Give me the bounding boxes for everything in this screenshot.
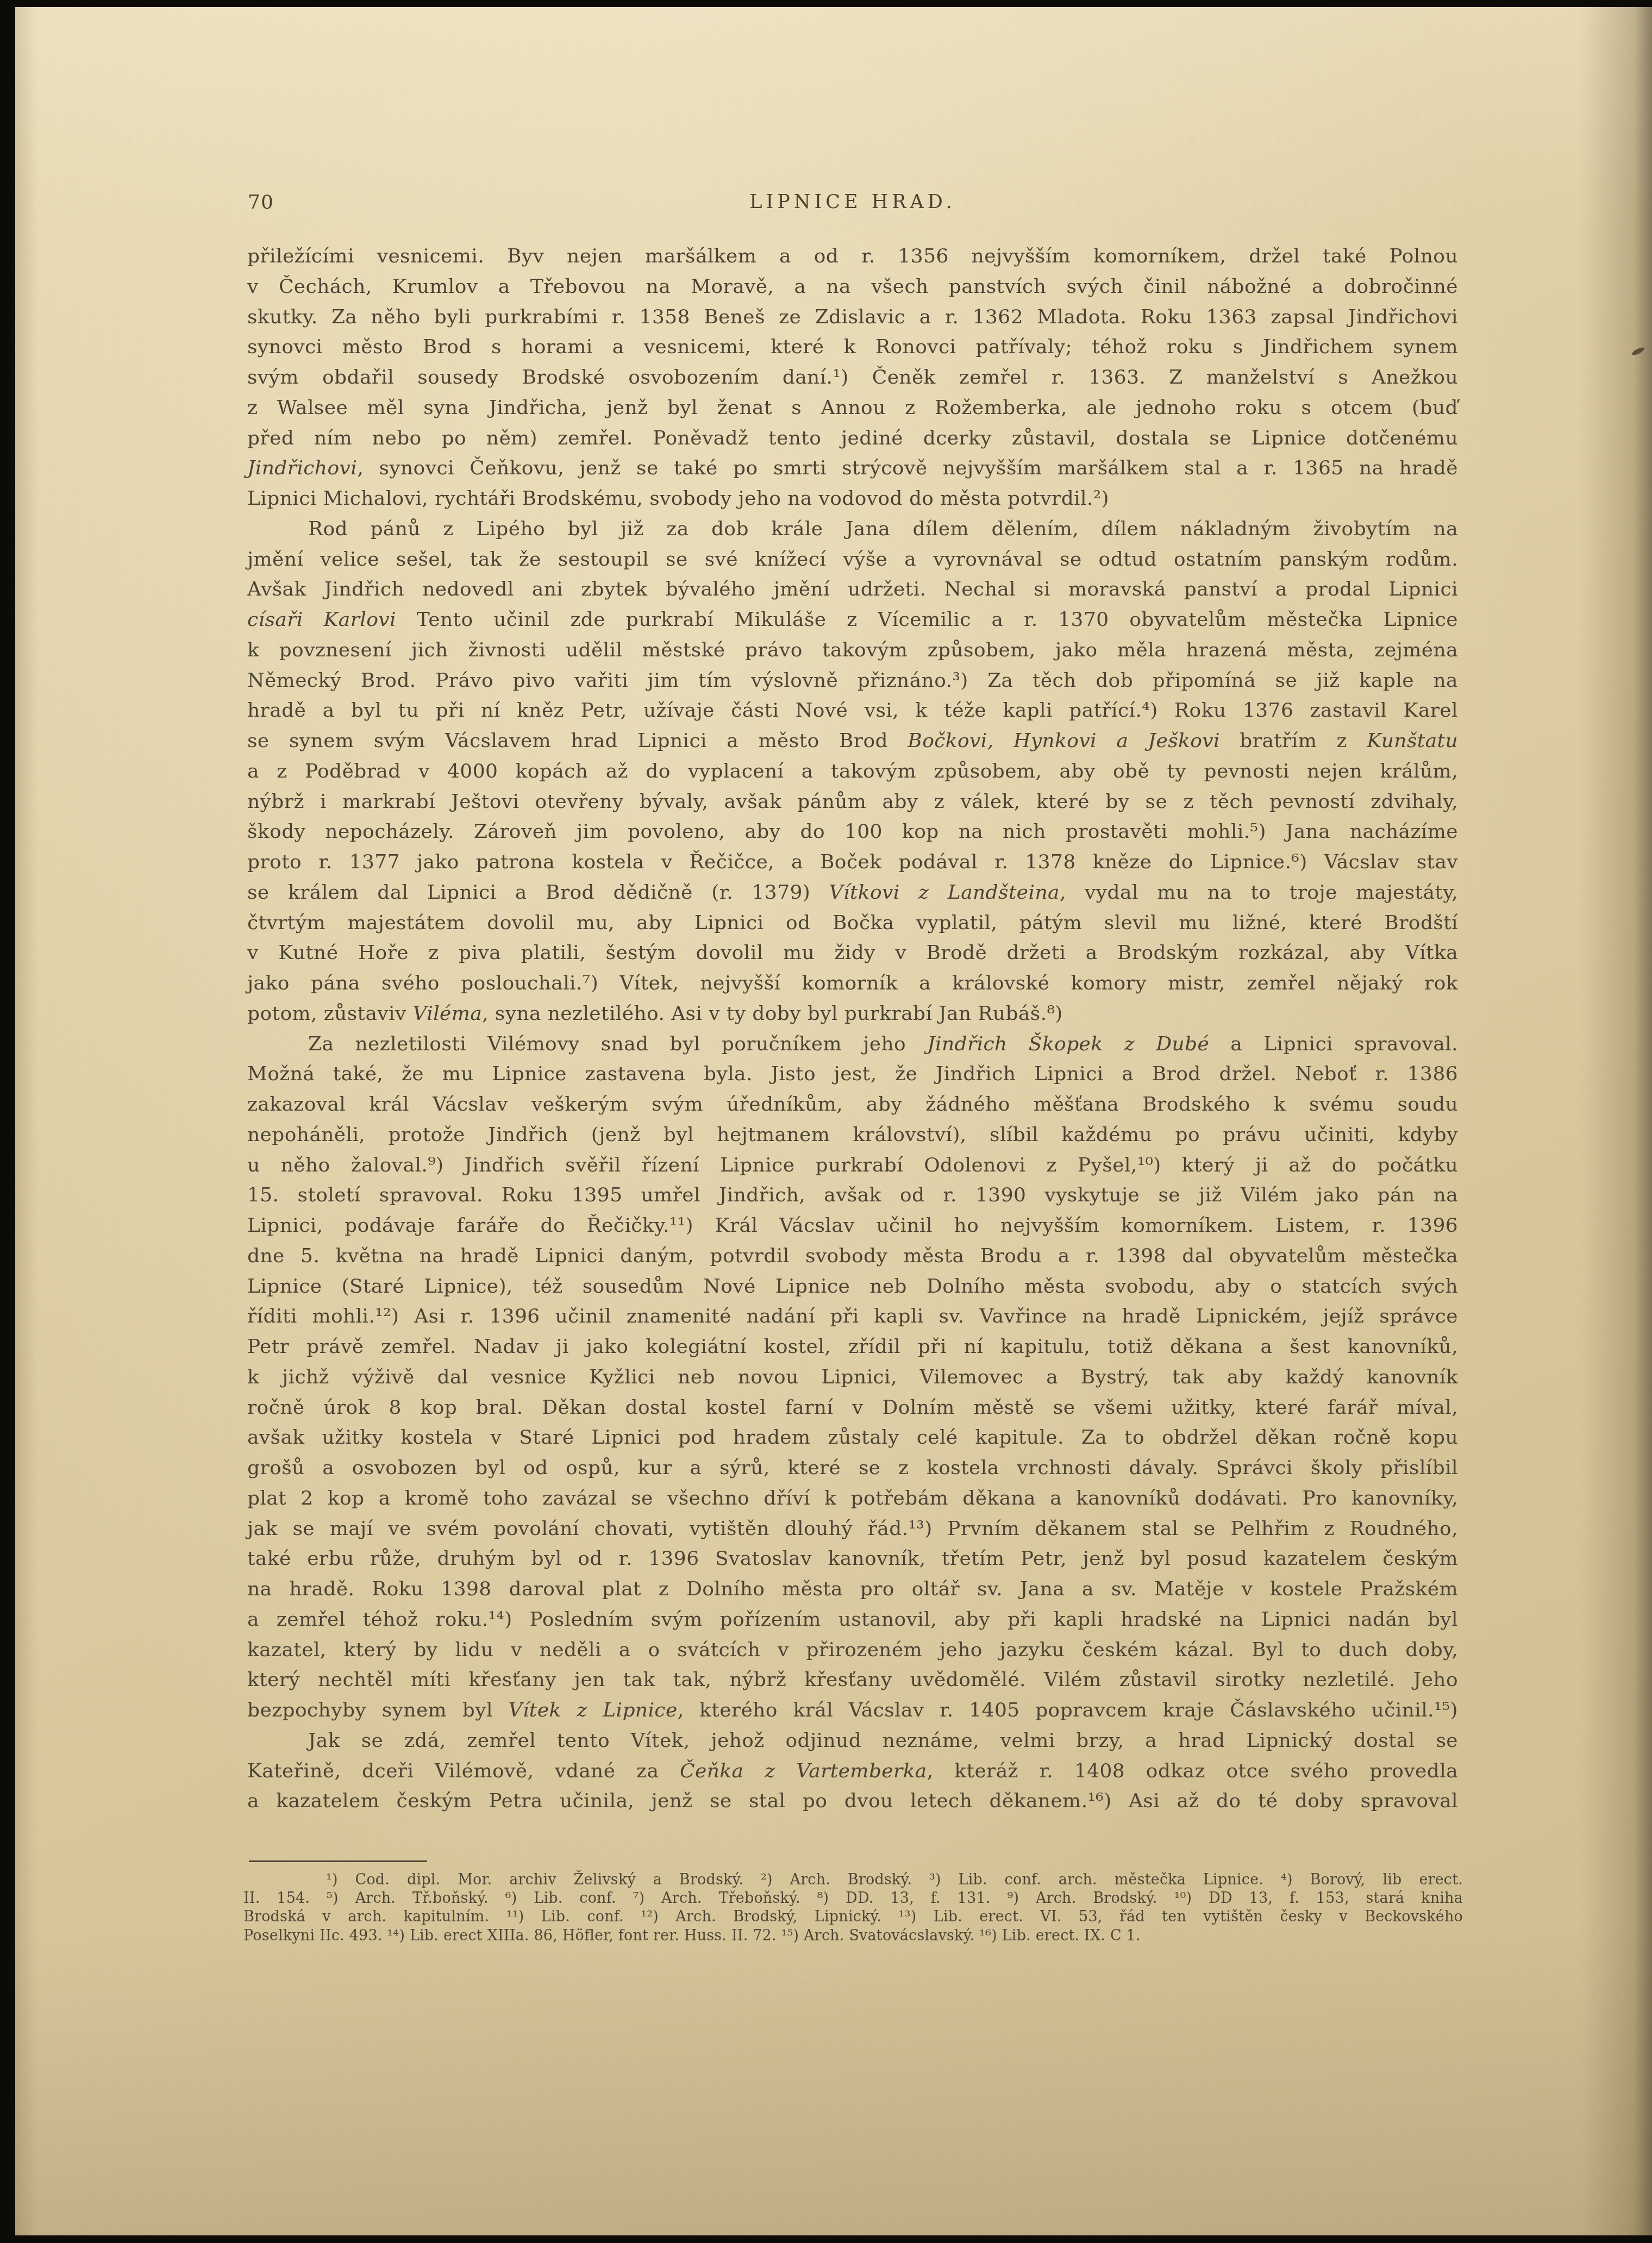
text-line: u něho žaloval.⁹) Jindřich svěřil řízení… [247, 1150, 1458, 1181]
page-title: LIPNICE HRAD. [247, 191, 1458, 213]
text-line: před ním nebo po něm) zemřel. Poněvadž t… [247, 423, 1458, 454]
text-line: Avšak Jindřich nedovedl ani zbytek býval… [247, 574, 1458, 605]
text-line: říditi mohli.¹²) Asi r. 1396 učinil znam… [247, 1301, 1458, 1332]
text-line: proto r. 1377 jako patrona kostela v Řeč… [247, 847, 1458, 878]
text-line: Jak se zdá, zemřel tento Vítek, jehož od… [247, 1726, 1458, 1756]
footnotes-block: ¹) Cod. dipl. Mor. archiv Želivský a Bro… [243, 1871, 1463, 1945]
text-line: synovci město Brod s horami a vesnicemi,… [247, 332, 1458, 362]
text-line: se králem dal Lipnici a Brod dědičně (r.… [247, 878, 1458, 908]
text-line: potom, zůstaviv Viléma, syna nezletilého… [247, 999, 1458, 1029]
text-line: z Walsee měl syna Jindřicha, jenž byl že… [247, 393, 1458, 423]
footnote-line: Brodská v arch. kapitulním. ¹¹) Lib. con… [243, 1908, 1463, 1926]
text-line: který nechtěl míti křesťany jen tak tak,… [247, 1665, 1458, 1695]
book-scan: { "page": { "number": "70", "header_titl… [0, 0, 1652, 2243]
text-line: a zemřel téhož roku.¹⁴) Posledním svým p… [247, 1605, 1458, 1635]
text-line: Kateřině, dceři Vilémově, vdané za Čeňka… [247, 1756, 1458, 1787]
text-line: Za nezletilosti Vilémovy snad byl poručn… [247, 1029, 1458, 1060]
footnote-line: ¹) Cod. dipl. Mor. archiv Želivský a Bro… [243, 1871, 1463, 1889]
text-line: Rod pánů z Lipého byl již za dob krále J… [247, 514, 1458, 544]
text-line: Lipnici, podávaje faráře do Řečičky.¹¹) … [247, 1211, 1458, 1241]
text-line: jako pána svého poslouchali.⁷) Vítek, ne… [247, 968, 1458, 999]
text-line: Německý Brod. Právo pivo vařiti jim tím … [247, 666, 1458, 696]
text-line: přiležícími vesnicemi. Byv nejen maršálk… [247, 241, 1458, 272]
footnote-divider [249, 1860, 427, 1862]
text-line: Jindřichovi, synovci Čeňkovu, jenž se ta… [247, 453, 1458, 484]
text-line: nýbrž i markrabí Ještovi otevřeny bývaly… [247, 787, 1458, 817]
text-line: svým obdařil sousedy Brodské osvobozením… [247, 362, 1458, 393]
text-line: plat 2 kop a kromě toho zavázal se všech… [247, 1483, 1458, 1514]
text-line: a z Poděbrad v 4000 kopách až do vyplace… [247, 756, 1458, 787]
text-line: v Kutné Hoře z piva platili, šestým dovo… [247, 938, 1458, 968]
text-line: 15. století spravoval. Roku 1395 umřel J… [247, 1180, 1458, 1211]
text-line: zakazoval král Vácslav veškerým svým úře… [247, 1089, 1458, 1120]
text-line: na hradě. Roku 1398 daroval plat z Dolní… [247, 1574, 1458, 1605]
text-line: ročně úrok 8 kop bral. Děkan dostal kost… [247, 1393, 1458, 1423]
text-line: Lipnici Michalovi, rychtáři Brodskému, s… [247, 484, 1458, 514]
text-line: a kazatelem českým Petra učinila, jenž s… [247, 1786, 1458, 1816]
text-line: škody nepocházely. Zároveň jim povoleno,… [247, 817, 1458, 847]
text-line: skutky. Za něho byli purkrabími r. 1358 … [247, 302, 1458, 333]
text-line: avšak užitky kostela v Staré Lipnici pod… [247, 1423, 1458, 1453]
text-line: hradě a byl tu při ní kněz Petr, užívaje… [247, 696, 1458, 726]
text-line: nepoháněli, protože Jindřich (jenž byl h… [247, 1120, 1458, 1150]
text-line: císaři Karlovi Tento učinil zde purkrabí… [247, 605, 1458, 635]
text-line: dne 5. května na hradě Lipnici daným, po… [247, 1241, 1458, 1271]
text-line: Lipnice (Staré Lipnice), též sousedům No… [247, 1271, 1458, 1302]
text-line: Možná také, že mu Lipnice zastavena byla… [247, 1059, 1458, 1089]
text-line: se synem svým Vácslavem hrad Lipnici a m… [247, 726, 1458, 756]
footnote-line: Poselkyni IIc. 493. ¹⁴) Lib. erect XIIIa… [243, 1927, 1463, 1945]
text-line: kazatel, který by lidu v neděli a o svát… [247, 1635, 1458, 1665]
body-text-block: přiležícími vesnicemi. Byv nejen maršálk… [247, 241, 1458, 1816]
text-line: k povznesení jich živnosti udělil městsk… [247, 635, 1458, 666]
text-line: jmění velice sešel, tak že sestoupil se … [247, 544, 1458, 575]
text-line: čtvrtým majestátem dovolil mu, aby Lipni… [247, 908, 1458, 938]
text-line: v Čechách, Krumlov a Třebovou na Moravě,… [247, 272, 1458, 302]
text-line: Petr právě zemřel. Nadav ji jako kolegiá… [247, 1332, 1458, 1362]
text-line: jak se mají ve svém povolání chovati, vy… [247, 1514, 1458, 1544]
footnote-line: II. 154. ⁵) Arch. Tř.boňský. ⁶) Lib. con… [243, 1889, 1463, 1908]
text-line: také erbu růže, druhým byl od r. 1396 Sv… [247, 1544, 1458, 1574]
text-line: grošů a osvobozen byl od ospů, kur a sýr… [247, 1453, 1458, 1483]
text-line: k jichž výživě dal vesnice Kyžlici neb n… [247, 1362, 1458, 1393]
text-line: bezpochyby synem byl Vítek z Lipnice, kt… [247, 1695, 1458, 1726]
